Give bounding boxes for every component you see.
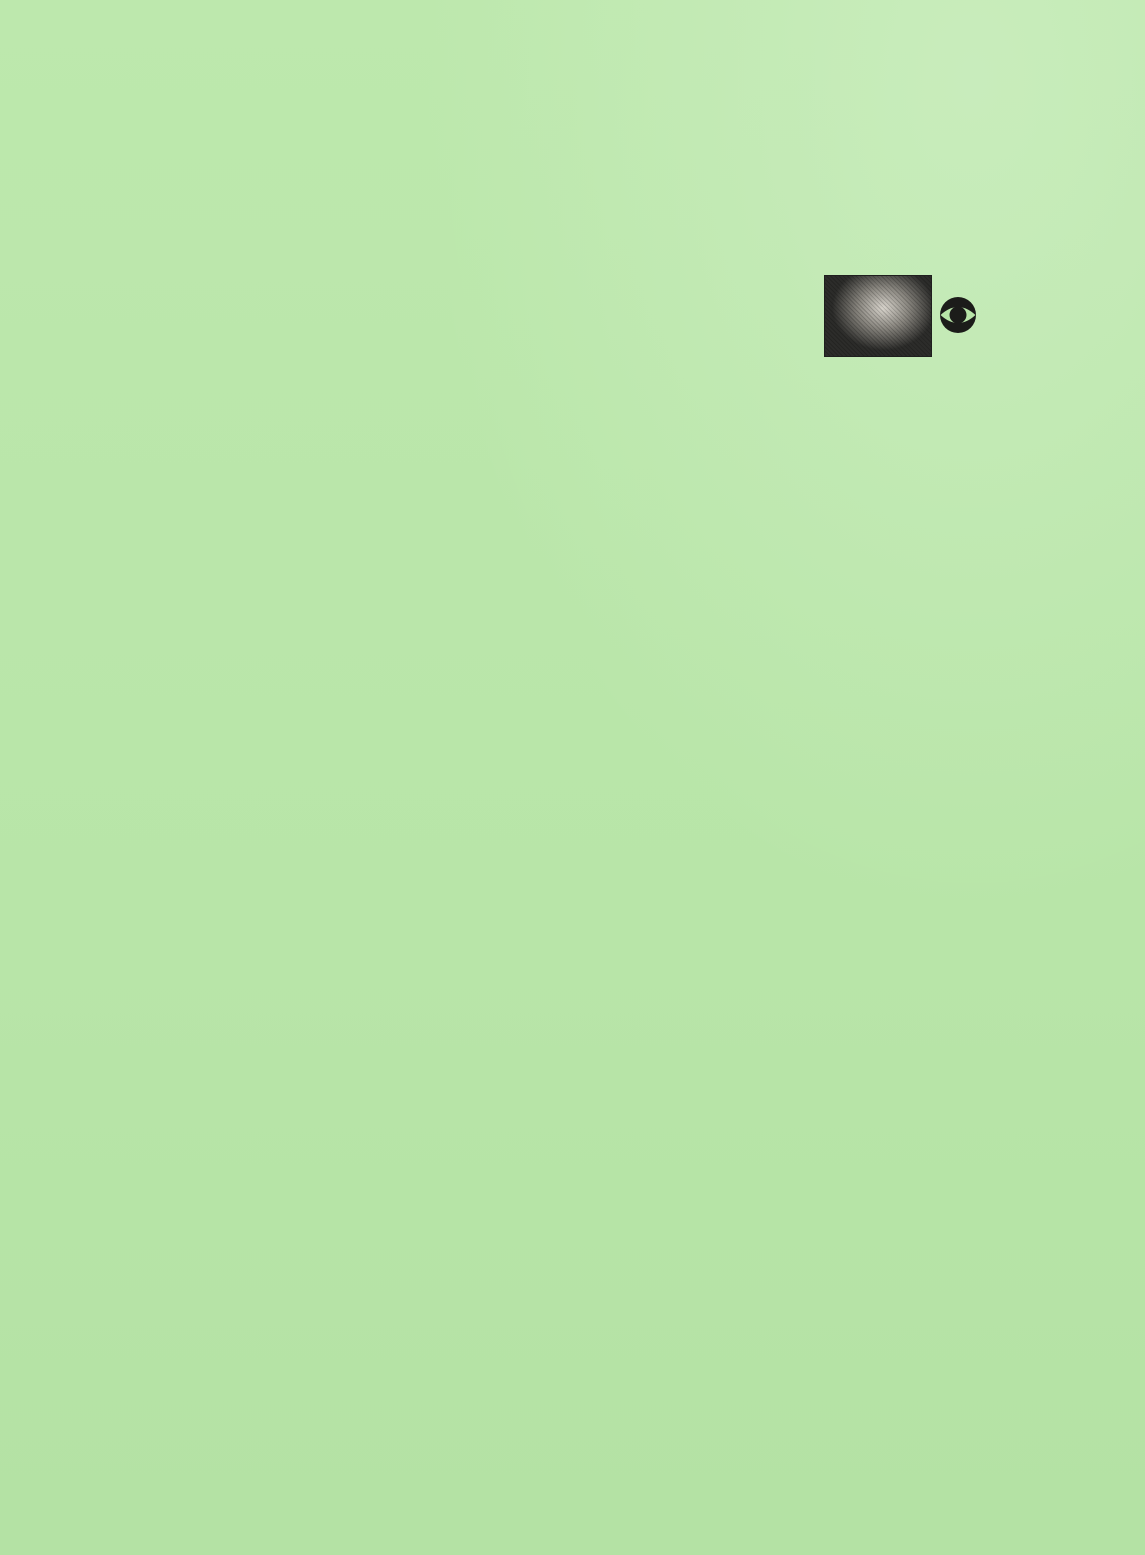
shamrock-divider-icon [51, 26, 135, 51]
portrait-photo [824, 275, 932, 357]
cbs-eye-logo-icon [938, 295, 978, 335]
article-heading [96, 250, 121, 328]
tv-ad-clipping [822, 275, 992, 415]
final-line [0, 0, 135, 82]
page [0, 0, 1145, 1555]
